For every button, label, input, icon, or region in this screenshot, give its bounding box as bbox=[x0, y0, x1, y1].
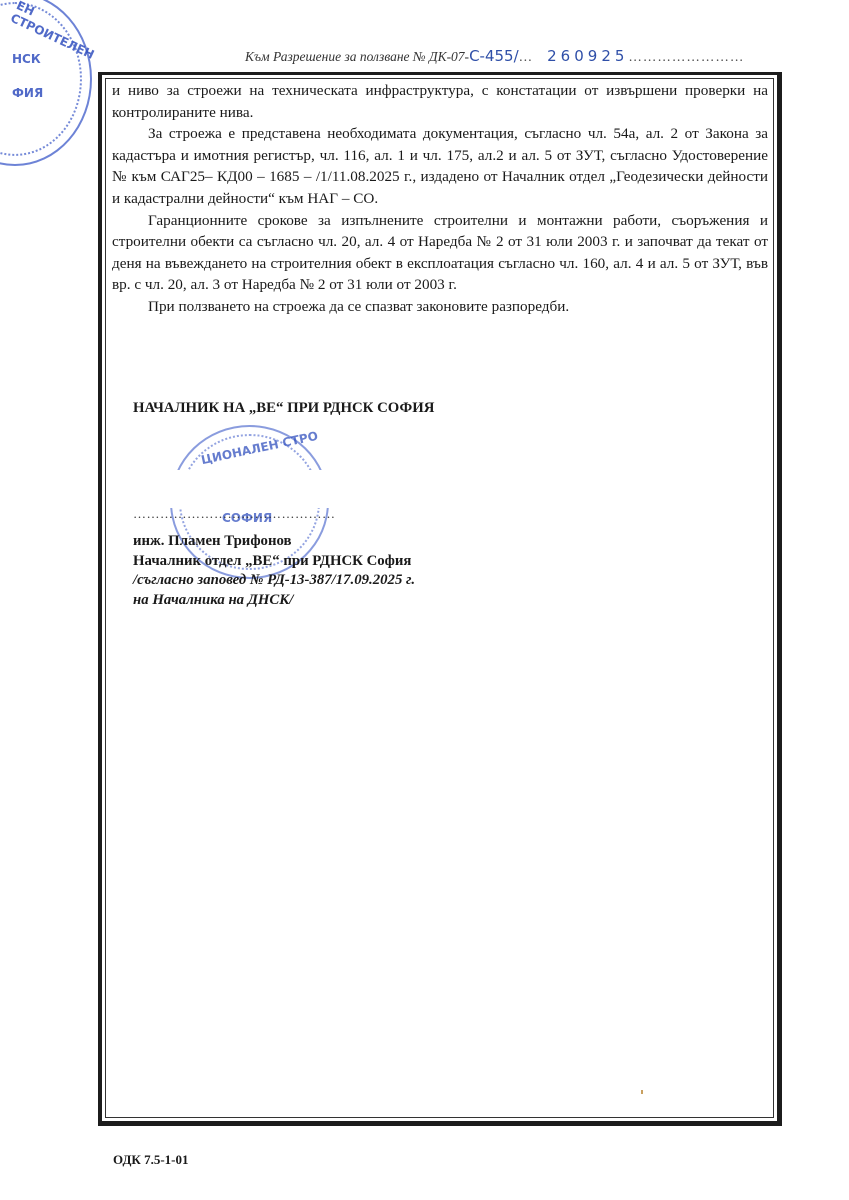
body-paragraph-legal-compliance: При ползването на строежа да се спазват … bbox=[112, 296, 768, 318]
signatory-position: Началник отдел „ВЕ“ при РДНСК София bbox=[133, 552, 415, 572]
signatory-order-authority: на Началника на ДНСК/ bbox=[133, 591, 415, 611]
official-stamp-top-left: ЕН СТРОИТЕЛЕН НСК ФИЯ bbox=[0, 0, 92, 166]
signatory-order-reference: /съгласно заповед № РД-13-387/17.09.2025… bbox=[133, 571, 415, 591]
signature-dotted-line: ……………………………………… bbox=[133, 506, 336, 522]
body-paragraph-continuation: и ниво за строежи на техническата инфрас… bbox=[112, 80, 768, 123]
stamp-ring-text: ЕН СТРОИТЕЛЕН bbox=[8, 0, 102, 62]
reference-dots: … bbox=[519, 49, 534, 64]
permit-reference-line: Към Разрешение за ползване № ДК-07-С-455… bbox=[245, 47, 744, 65]
stamp-center-line-1: НСК bbox=[12, 52, 41, 66]
body-paragraph-documentation: За строежа е представена необходимата до… bbox=[112, 123, 768, 209]
reference-trailing-dots: …………………… bbox=[628, 49, 744, 64]
redacted-signature-area bbox=[120, 470, 330, 508]
body-paragraph-warranty: Гаранционните срокове за изпълнените стр… bbox=[112, 210, 768, 296]
document-body: и ниво за строежи на техническата инфрас… bbox=[112, 80, 768, 318]
handwritten-permit-date: 260925 bbox=[547, 47, 628, 65]
stamp-center-line-2: ФИЯ bbox=[12, 86, 43, 100]
signatory-name: инж. Пламен Трифонов bbox=[133, 532, 415, 552]
stamp-ring-text: ЦИОНАЛЕН СТРО bbox=[200, 429, 319, 467]
handwritten-permit-number: С-455/ bbox=[469, 47, 519, 65]
document-form-code: ОДК 7.5-1-01 bbox=[113, 1152, 189, 1168]
signatory-title-heading: НАЧАЛНИК НА „ВЕ“ ПРИ РДНСК СОФИЯ bbox=[133, 400, 434, 417]
permit-reference-label: Към Разрешение за ползване № ДК-07- bbox=[245, 49, 469, 64]
scan-artifact bbox=[641, 1090, 643, 1094]
signatory-block: инж. Пламен Трифонов Началник отдел „ВЕ“… bbox=[133, 532, 415, 610]
